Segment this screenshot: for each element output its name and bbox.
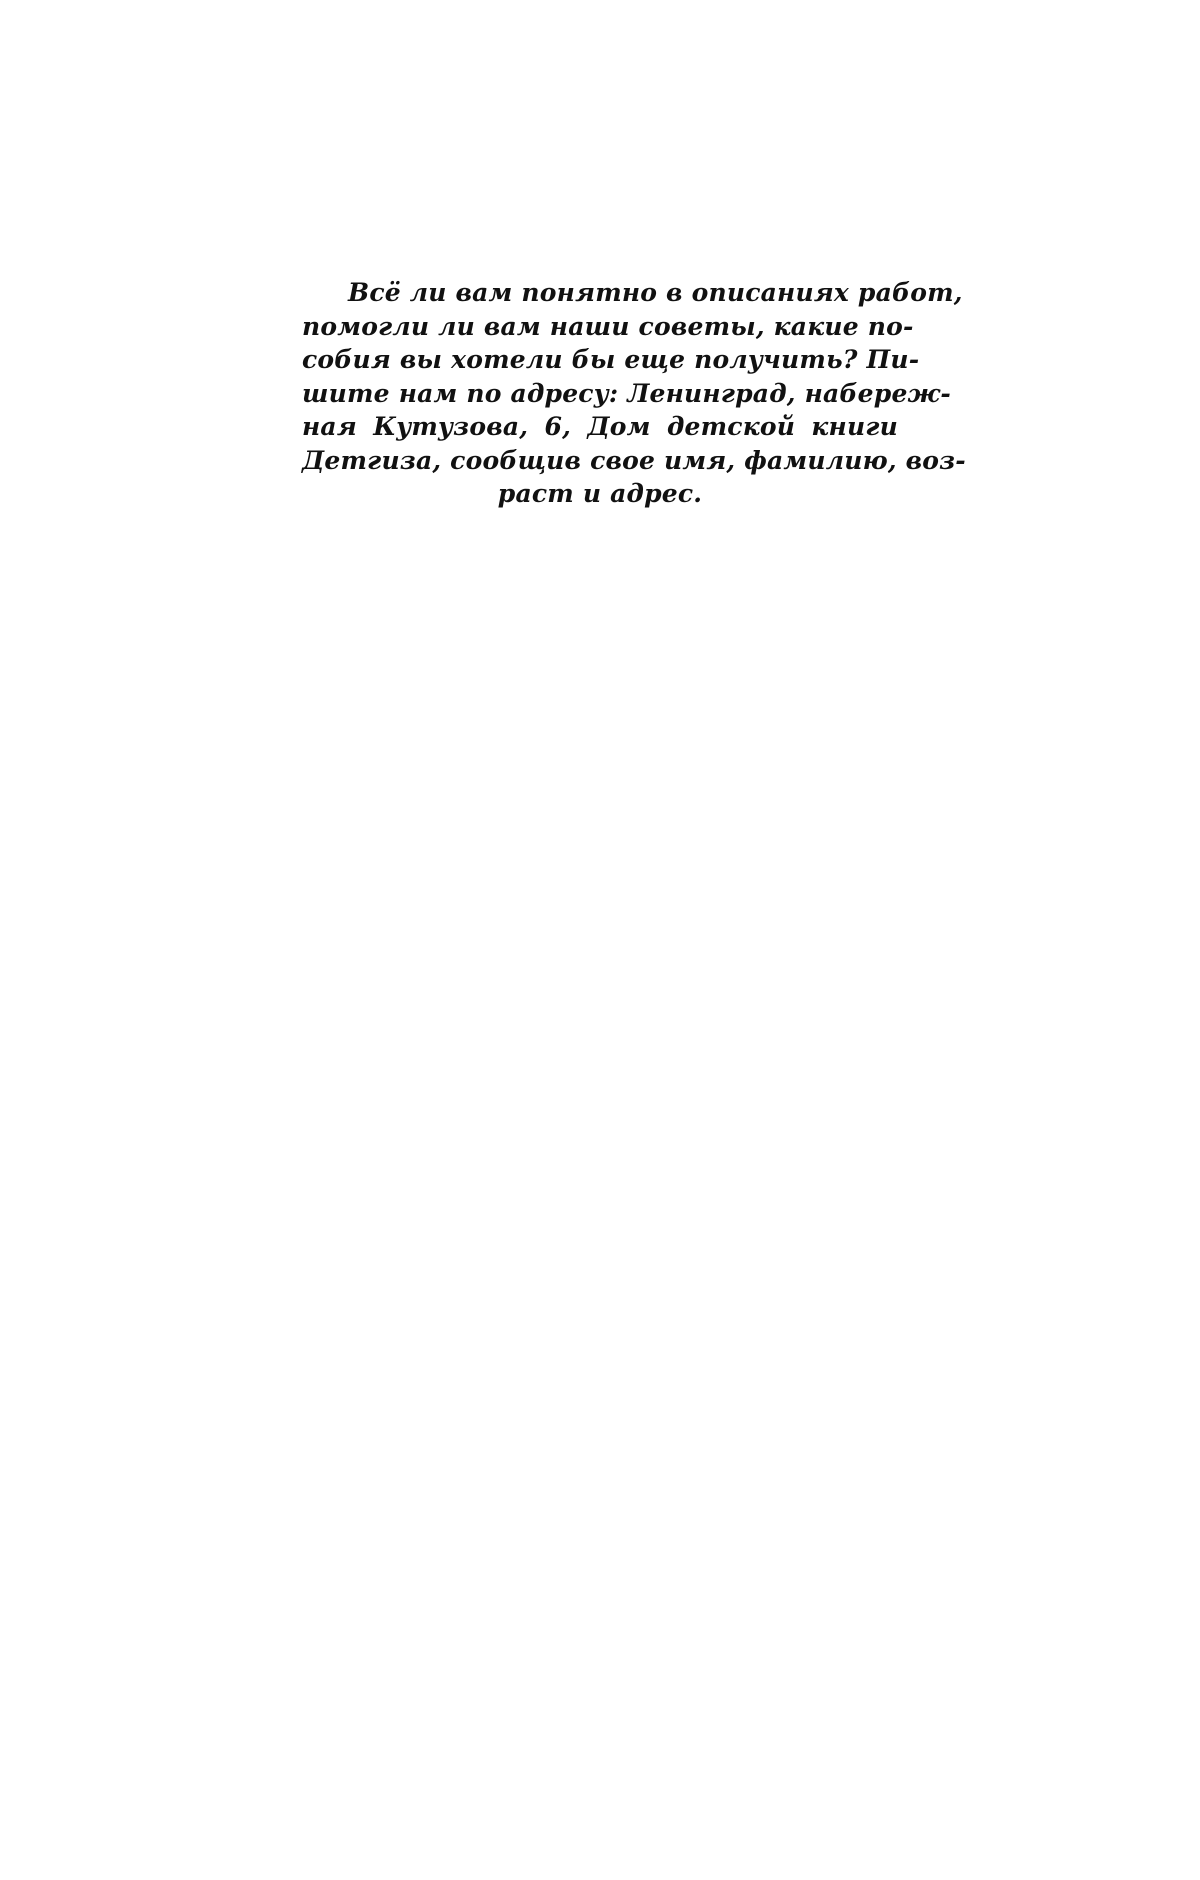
reader-feedback-note: Всё ли вам понятно в описаниях работ, по… xyxy=(302,276,898,511)
note-line: шите нам по адресу: Ленинград, набереж- xyxy=(302,377,898,411)
note-line: Детгиза, сообщив свое имя, фамилию, воз- xyxy=(302,444,898,478)
book-page: Всё ли вам понятно в описаниях работ, по… xyxy=(0,0,1200,1880)
note-line: ная Кутузова, 6, Дом детской книги xyxy=(302,410,898,444)
note-line: собия вы хотели бы еще получить? Пи- xyxy=(302,343,898,377)
note-line: Всё ли вам понятно в описаниях работ, xyxy=(302,276,898,310)
note-line: помогли ли вам наши советы, какие по- xyxy=(302,310,898,344)
note-line: раст и адрес. xyxy=(302,477,898,511)
